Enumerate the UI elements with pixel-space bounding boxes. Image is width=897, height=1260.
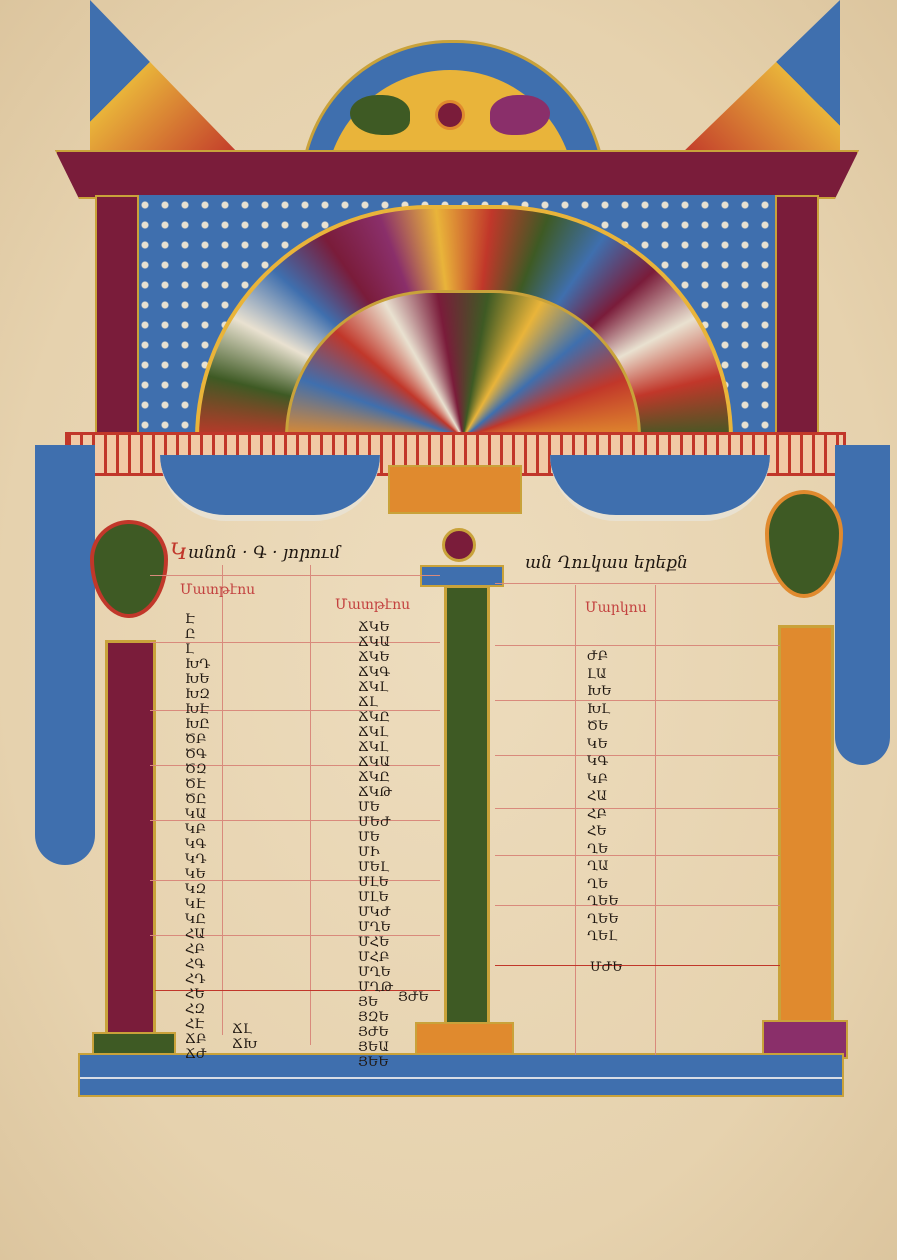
column-header-1: Մատթէոս [180, 582, 255, 598]
right-column [778, 625, 834, 1026]
center-roundel-icon [442, 528, 476, 562]
title-left: անոն · Գ · յորում [188, 543, 340, 563]
center-column [444, 585, 490, 1026]
drape-left-side [35, 445, 95, 865]
center-column-cap [420, 565, 504, 587]
roundel-icon [435, 100, 465, 130]
column-3-extra: ՄԺԵ [590, 960, 623, 975]
keystone-block [388, 465, 522, 514]
left-column-upper [95, 195, 139, 439]
title-initial: Կ [170, 540, 188, 565]
right-column-upper [775, 195, 819, 439]
column-3-entries: ԺԲ ԼԱ ԽԵ ԽԼ ԾԵ ԿԵ ԿԳ ԿԲ ՀԱ ՀԲ ՀԵ ՂԵ ՂԱ Ղ… [587, 648, 619, 946]
drape-left [160, 455, 380, 521]
drape-right [550, 455, 770, 521]
column-1-entries: Է Ը Լ ԽԴ ԽԵ ԽԶ ԽԷ ԽԸ ԾԲ ԾԳ ԾԶ ԾԷ ԾԸ ԿԱ Կ… [185, 612, 210, 1062]
drape-right-side [835, 445, 890, 765]
column-2-extra: ՅԺԵ [398, 990, 429, 1005]
title-right: ան Ղուկաս երեքն [525, 553, 688, 573]
left-column [105, 640, 156, 1036]
column-header-3: Մարկոս [585, 600, 647, 616]
column-1-extra: ՃԼ ՃԽ [232, 1022, 257, 1052]
cornice [55, 150, 859, 199]
column-header-2: Մատթէոս [335, 597, 410, 613]
column-2-entries: ՃԿԵ ՃԿԱ ՃԿԵ ՃԿԳ ՃԿԼ ՃԼ ՃԿԸ ՃԿԼ ՃԿԼ ՃԿԱ Ճ… [358, 620, 393, 1070]
